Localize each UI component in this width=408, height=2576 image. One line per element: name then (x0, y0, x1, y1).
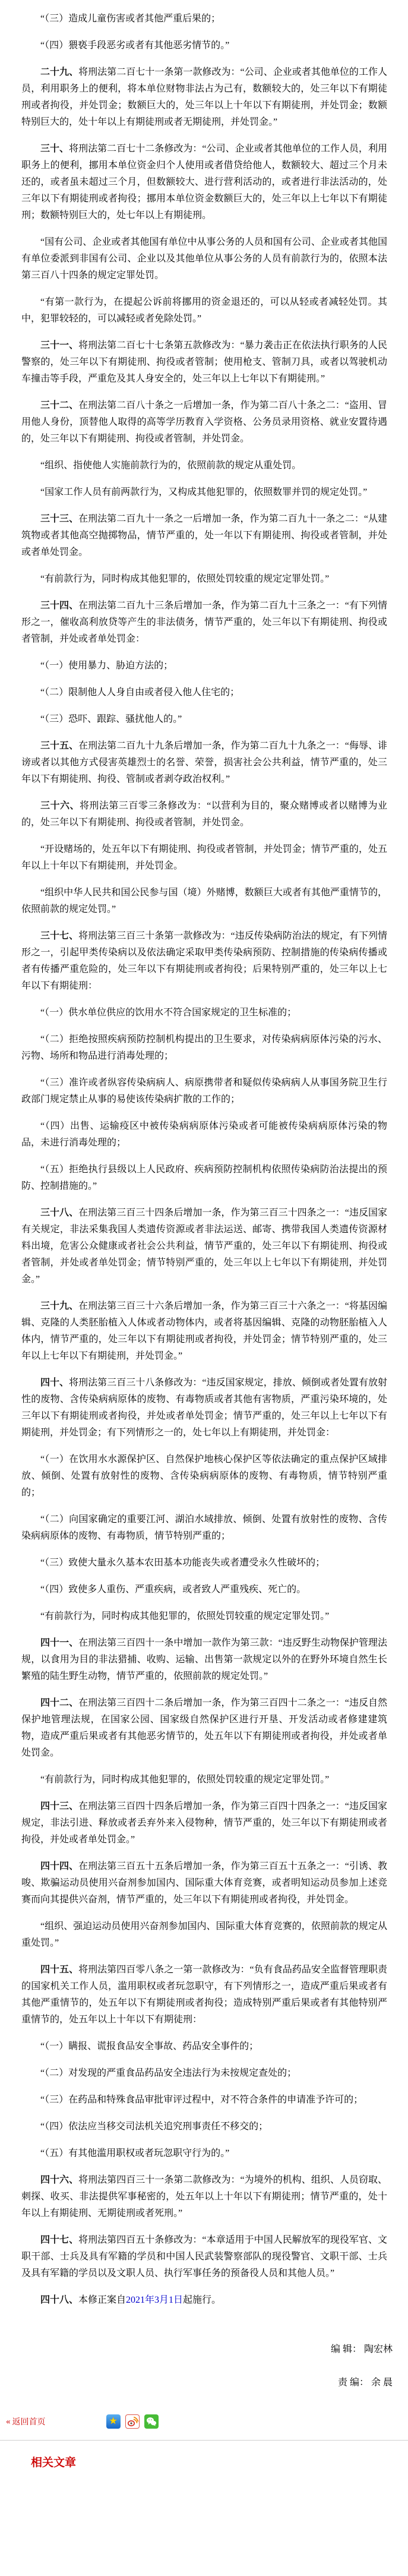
related-articles-title: 相关文章 (31, 2454, 408, 2470)
effective-date: 2021年3月1日 (126, 2295, 183, 2305)
paragraph: “组织、强迫运动员使用兴奋剂参加国内、国际重大体育竞赛的，依照前款的规定从重处罚… (21, 1918, 387, 1952)
paragraph: “有前款行为，同时构成其他犯罪的，依照处罚较重的规定定罪处罚。” (21, 1772, 387, 1788)
back-home-link[interactable]: « 返回首页 (6, 2416, 46, 2427)
back-home-label: 返回首页 (12, 2416, 46, 2427)
chief-editor-line: 责 编： 余 晨 (0, 2375, 393, 2391)
paragraph: 四十四、在刑法第三百五十五条后增加一条，作为第三百五十五条之一：“引诱、教唆、欺… (21, 1858, 387, 1908)
section-number: 四十二、 (40, 1698, 78, 1708)
section-number: 四十四、 (40, 1861, 78, 1871)
section-number: 四十一、 (40, 1638, 78, 1648)
paragraph: 四十五、将刑法第四百零八条之一第一款修改为：“负有食品药品安全监督管理职责的国家… (21, 1962, 387, 2028)
section-number: 四十八、 (40, 2295, 78, 2305)
paragraph: “（一）供水单位供应的饮用水不符合国家规定的卫生标准的； (21, 1005, 387, 1021)
paragraph: 三十、将刑法第二百七十二条修改为：“公司、企业或者其他单位的工作人员，利用职务上… (21, 141, 387, 224)
paragraph: “（一）使用暴力、胁迫方法的； (21, 658, 387, 674)
back-arrow-icon: « (6, 2417, 10, 2427)
paragraph: 四十二、在刑法第三百四十二条后增加一条，作为第三百四十二条之一：“违反自然保护地… (21, 1695, 387, 1761)
paragraph: “（五）有其他滥用职权或者玩忽职守行为的。” (21, 2145, 387, 2162)
paragraph: 四十一、在刑法第三百四十一条中增加一款作为第三款：“违反野生动物保护管理法规，以… (21, 1635, 387, 1685)
section-number: 三十一、 (40, 340, 78, 351)
paragraph: “（四）致使多人重伤、严重疾病，或者致人严重残疾、死亡的。 (21, 1581, 387, 1598)
paragraph: 四十八、本修正案自2021年3月1日起施行。 (21, 2292, 387, 2309)
paragraph: “（三）准许或者纵容传染病病人、病原携带者和疑似传染病病人从事国务院卫生行政部门… (21, 1075, 387, 1108)
share-icons: ★ (106, 2414, 159, 2429)
paragraph: “（四）出售、运输疫区中被传染病病原体污染或者可能被传染病病原体污染的物品，未进… (21, 1118, 387, 1151)
editor-name: 陶宏林 (364, 2344, 393, 2354)
paragraph: “组织中华人民共和国公民参与国（境）外赌博，数额巨大或者有其他严重情节的，依照前… (21, 885, 387, 918)
weibo-share-icon[interactable] (125, 2414, 140, 2429)
section-number: 三十三、 (40, 514, 78, 524)
chief-editor-name: 余 晨 (371, 2378, 393, 2388)
editor-label: 编 辑： (331, 2344, 362, 2354)
paragraph: 三十二、在刑法第二百八十条之一后增加一条，作为第二百八十条之二：“盗用、冒用他人… (21, 397, 387, 447)
paragraph: 三十八、在刑法第三百三十四条后增加一条，作为第三百三十四条之一：“违反国家有关规… (21, 1205, 387, 1288)
paragraph: “（一）瞒报、谎报食品安全事故、药品安全事件的； (21, 2038, 387, 2055)
paragraph: “（二）拒绝按照疾病预防控制机构提出的卫生要求，对传染病病原体污染的污水、污物、… (21, 1031, 387, 1065)
paragraph: 四十七、将刑法第四百五十条修改为：“本章适用于中国人民解放军的现役军官、文职干部… (21, 2232, 387, 2282)
editors-block: 编 辑： 陶宏林 责 编： 余 晨 (0, 2319, 408, 2391)
editor-line: 编 辑： 陶宏林 (0, 2341, 393, 2358)
qzone-share-icon[interactable]: ★ (106, 2414, 121, 2429)
paragraph: “（三）造成儿童伤害或者其他严重后果的； (21, 11, 387, 27)
wechat-share-icon[interactable] (144, 2414, 159, 2429)
paragraph: 三十四、在刑法第二百九十三条后增加一条，作为第二百九十三条之一：“有下列情形之一… (21, 598, 387, 648)
paragraph: 三十九、在刑法第三百三十六条后增加一条，作为第三百三十六条之一：“将基因编辑、克… (21, 1298, 387, 1365)
paragraph: 三十六、将刑法第三百零三条修改为：“以营利为目的，聚众赌博或者以赌博为业的，处三… (21, 798, 387, 831)
section-number: 三十五、 (40, 741, 78, 751)
paragraph: 三十五、在刑法第二百九十九条后增加一条，作为第二百九十九条之一：“侮辱、诽谤或者… (21, 738, 387, 788)
section-number: 三十七、 (40, 931, 78, 941)
paragraph: “国家工作人员有前两款行为，又构成其他犯罪的，依照数罪并罚的规定处罚。” (21, 484, 387, 501)
wechat-logo (146, 2416, 157, 2427)
section-number: 三十九、 (40, 1301, 78, 1311)
paragraph: “（二）对发现的严重食品药品安全违法行为未按规定查处的； (21, 2065, 387, 2082)
paragraph: “（三）恐吓、跟踪、骚扰他人的。” (21, 711, 387, 728)
paragraph: 三十一、将刑法第二百七十七条第五款修改为：“暴力袭击正在依法执行职务的人民警察的… (21, 337, 387, 387)
section-number: 四十七、 (40, 2235, 78, 2245)
paragraph: “（一）在饮用水水源保护区、自然保护地核心保护区等依法确定的重点保护区域排放、倾… (21, 1451, 387, 1501)
chief-editor-label: 责 编： (338, 2378, 369, 2388)
paragraph: “开设赌场的，处五年以下有期徒刑、拘役或者管制，并处罚金；情节严重的，处五年以上… (21, 841, 387, 875)
weibo-logo (126, 2416, 138, 2427)
paragraph: “（四）猥亵手段恶劣或者有其他恶劣情节的。” (21, 37, 387, 54)
paragraph: “组织、指使他人实施前款行为的，依照前款的规定从重处罚。 (21, 457, 387, 474)
section-number: 三十八、 (40, 1208, 78, 1218)
paragraph: “有第一款行为，在提起公诉前将挪用的资金退还的，可以从轻或者减轻处罚。其中，犯罪… (21, 294, 387, 327)
paragraph: “（二）向国家确定的重要江河、湖泊水域排放、倾倒、处置有放射性的废物、含传染病病… (21, 1511, 387, 1545)
section-number: 二十九、 (40, 67, 78, 77)
paragraph: 四十三、在刑法第三百四十四条后增加一条，作为第三百四十四条之一：“违反国家规定，… (21, 1798, 387, 1848)
paragraph: 三十三、在刑法第二百九十一条之一后增加一条，作为第二百九十一条之二：“从建筑物或… (21, 511, 387, 561)
paragraph: “国有公司、企业或者其他国有单位中从事公务的人员和国有公司、企业或者其他国有单位… (21, 234, 387, 284)
paragraph: “（三）在药品和特殊食品审批审评过程中，对不符合条件的申请准予许可的； (21, 2092, 387, 2108)
section-number: 四十、 (40, 1378, 69, 1388)
share-row: « 返回首页 ★ (0, 2408, 408, 2438)
section-number: 三十二、 (40, 400, 78, 411)
paragraph: 四十六、将刑法第四百三十一条第二款修改为：“为境外的机构、组织、人员窃取、刺探、… (21, 2172, 387, 2222)
paragraph: “（四）依法应当移交司法机关追究刑事责任不移交的； (21, 2119, 387, 2135)
paragraph: 三十七、将刑法第三百三十条第一款修改为：“违反传染病防治法的规定，有下列情形之一… (21, 928, 387, 995)
section-number: 三十六、 (40, 801, 80, 811)
paragraph: 二十九、将刑法第二百七十一条第一款修改为：“公司、企业或者其他单位的工作人员，利… (21, 64, 387, 131)
paragraph: “有前款行为，同时构成其他犯罪的，依照处罚较重的规定定罪处罚。” (21, 571, 387, 588)
paragraph: “（五）拒绝执行县级以上人民政府、疾病预防控制机构依照传染病防治法提出的预防、控… (21, 1161, 387, 1195)
section-number: 三十四、 (40, 601, 78, 611)
paragraph: “（三）致使大量永久基本农田基本功能丧失或者遭受永久性破坏的； (21, 1555, 387, 1571)
section-number: 四十六、 (40, 2175, 78, 2185)
section-number: 四十五、 (40, 1965, 78, 1975)
footer-divider (0, 2440, 408, 2441)
paragraph: 四十、将刑法第三百三十八条修改为：“违反国家规定，排放、倾倒或者处置有放射性的废… (21, 1375, 387, 1441)
article-body: “（三）造成儿童伤害或者其他严重后果的；“（四）猥亵手段恶劣或者有其他恶劣情节的… (0, 0, 408, 2309)
section-number: 四十三、 (40, 1801, 78, 1811)
paragraph: “有前款行为，同时构成其他犯罪的，依照处罚较重的规定定罪处罚。” (21, 1608, 387, 1625)
section-number: 三十、 (40, 144, 69, 154)
paragraph: “（二）限制他人人身自由或者侵入他人住宅的； (21, 684, 387, 701)
